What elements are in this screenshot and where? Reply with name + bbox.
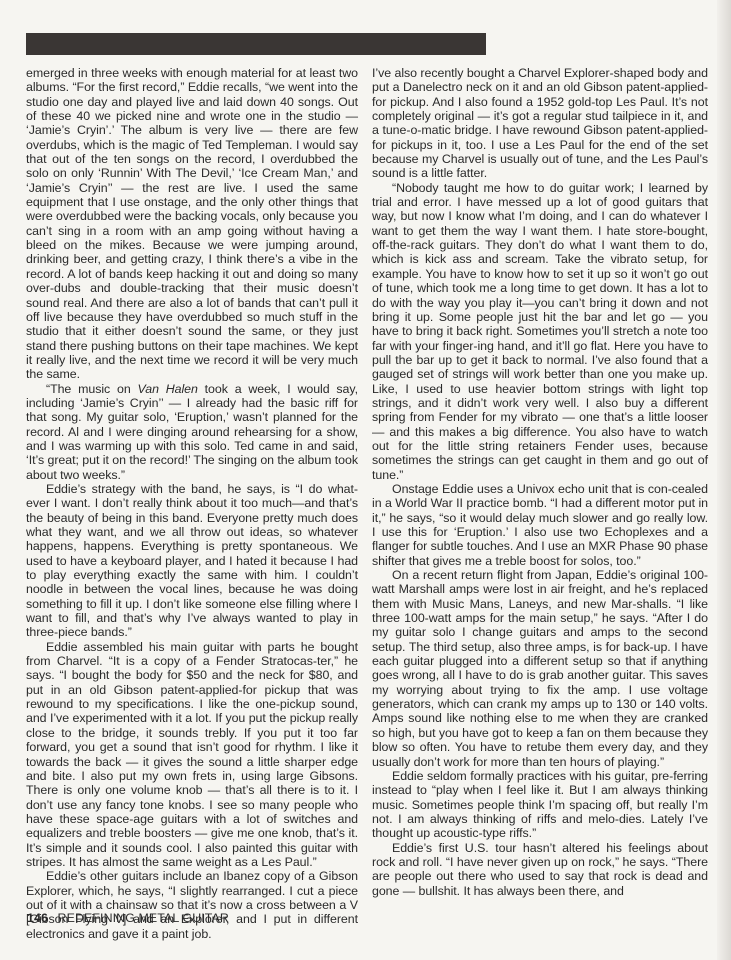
paragraph: Eddie’s strategy with the band, he says,…: [26, 482, 358, 640]
album-title-italic: Van Halen: [137, 382, 197, 396]
paragraph: Eddie’s first U.S. tour hasn’t altered h…: [372, 841, 708, 898]
header-rule-bar: [26, 33, 486, 55]
left-column: emerged in three weeks with enough mater…: [26, 66, 358, 941]
paragraph: I’ve also recently bought a Charvel Expl…: [372, 66, 708, 181]
page-binding-edge: [717, 0, 731, 960]
paragraph: Eddie’s other guitars include an Ibanez …: [26, 869, 358, 941]
paragraph: “Nobody taught me how to do guitar work;…: [372, 181, 708, 482]
paragraph: Onstage Eddie uses a Univox echo unit th…: [372, 482, 708, 568]
page-number: 146: [27, 911, 48, 925]
page-footer: 146 REDEFINING METAL GUITAR: [27, 911, 229, 925]
paragraph: “The music on Van Halen took a week, I w…: [26, 382, 358, 482]
paragraph: On a recent return flight from Japan, Ed…: [372, 568, 708, 769]
running-title: REDEFINING METAL GUITAR: [58, 911, 229, 925]
paragraph: Eddie assembled his main guitar with par…: [26, 640, 358, 870]
paragraph: emerged in three weeks with enough mater…: [26, 66, 358, 382]
paragraph: Eddie seldom formally practices with his…: [372, 769, 708, 841]
right-column: I’ve also recently bought a Charvel Expl…: [372, 66, 708, 898]
